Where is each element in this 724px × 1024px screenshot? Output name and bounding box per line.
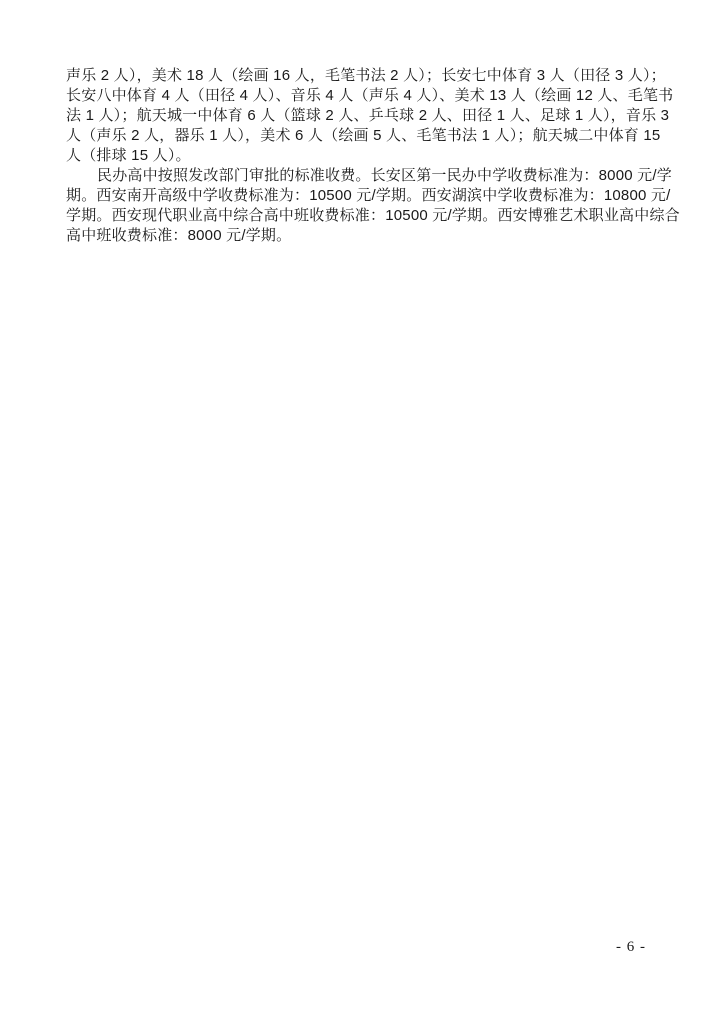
text-line: 高中班收费标准：8000 元/学期。 <box>66 226 708 246</box>
text-line: 人（声乐 2 人，器乐 1 人），美术 6 人（绘画 5 人、毛笔书法 1 人）… <box>66 126 708 146</box>
text-line: 民办高中按照发改部门审批的标准收费。长安区第一民办中学收费标准为：8000 元/… <box>66 166 708 186</box>
text-line: 人（排球 15 人）。 <box>66 146 708 166</box>
text-line: 法 1 人）；航天城一中体育 6 人（篮球 2 人、乒乓球 2 人、田径 1 人… <box>66 106 708 126</box>
text-line: 学期。西安现代职业高中综合高中班收费标准：10500 元/学期。西安博雅艺术职业… <box>66 206 708 226</box>
page-number: - 6 - <box>616 938 646 956</box>
document-page: 声乐 2 人），美术 18 人（绘画 16 人，毛笔书法 2 人）；长安七中体育… <box>0 0 724 1024</box>
text-line: 期。西安南开高级中学收费标准为：10500 元/学期。西安湖滨中学收费标准为：1… <box>66 186 708 206</box>
body-text: 声乐 2 人），美术 18 人（绘画 16 人，毛笔书法 2 人）；长安七中体育… <box>66 66 708 246</box>
text-line: 长安八中体育 4 人（田径 4 人）、音乐 4 人（声乐 4 人）、美术 13 … <box>66 86 708 106</box>
text-line: 声乐 2 人），美术 18 人（绘画 16 人，毛笔书法 2 人）；长安七中体育… <box>66 66 708 86</box>
